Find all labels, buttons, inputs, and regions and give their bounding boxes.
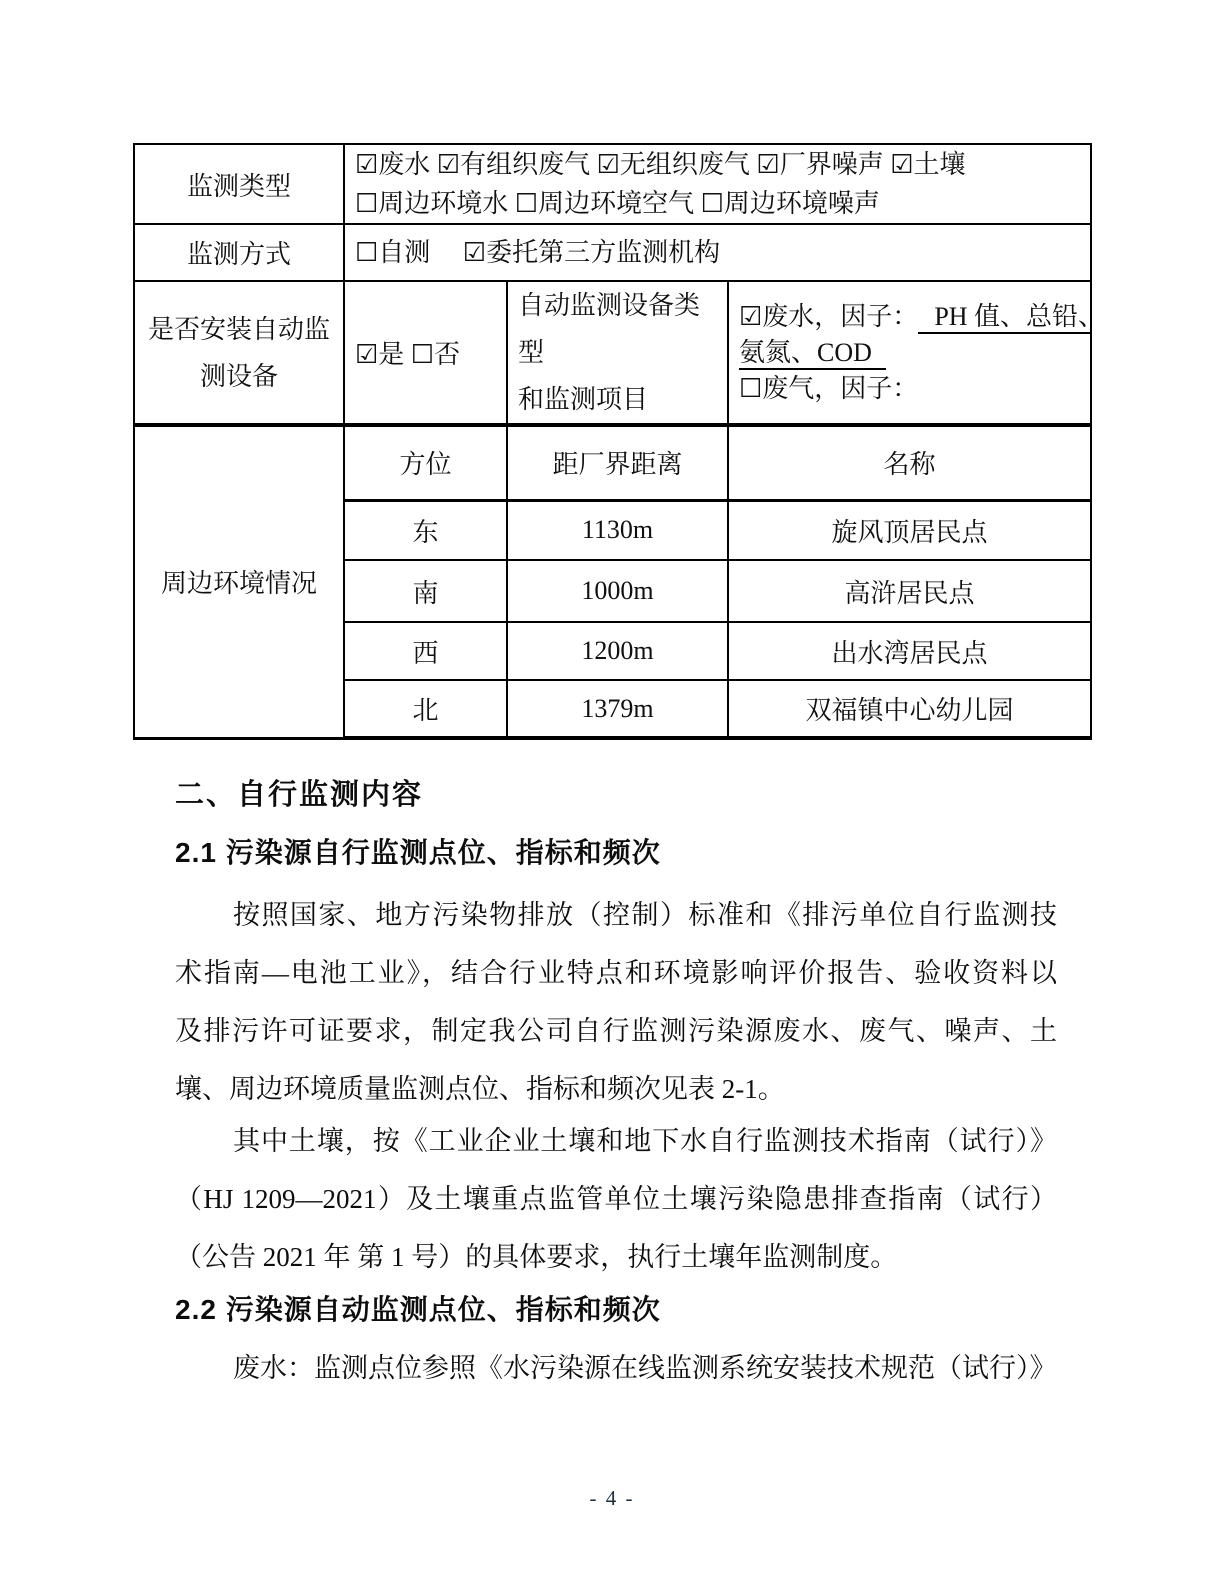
paragraph-3: 废水：监测点位参照《水污染源在线监测系统安装技术规范（试行）》 [175, 1339, 1057, 1397]
gas-factor-line: ☐废气，因子： [739, 371, 1080, 407]
monitor-mode-line: ☐自测 ☑委托第三方监测机构 [355, 238, 1080, 268]
auto-monitor-factors: ☑废水，因子：PH 值、总铅、 氨氮、COD ☐废气，因子： [728, 281, 1091, 425]
water-factor-underlined-1: PH 值、总铅、 [918, 302, 1091, 334]
monitoring-info-table: 监测类型 ☑废水 ☑有组织废气 ☑无组织废气 ☑厂界噪声 ☑土壤 ☐周边环境水 … [133, 143, 1092, 740]
env-header-name: 名称 [728, 425, 1091, 500]
env-header-distance: 距厂界距离 [507, 425, 728, 500]
row-auto-monitor: 是否安装自动监 测设备 ☑是 ☐否 自动监测设备类型 和监测项目 ☑废水，因子：… [134, 281, 1091, 425]
paragraph-line: 及排污许可证要求，制定我公司自行监测污染源废水、废气、噪声、土 [175, 1002, 1057, 1060]
paragraph-1: 按照国家、地方污染物排放（控制）标准和《排污单位自行监测技 术指南—电池工业》，… [175, 886, 1057, 1118]
monitor-mode-label: 监测方式 [134, 224, 344, 281]
row-monitor-mode: 监测方式 ☐自测 ☑委托第三方监测机构 [134, 224, 1091, 281]
water-factor-prefix: ☑废水，因子： [739, 302, 918, 331]
auto-monitor-yesno: ☑是 ☐否 [344, 281, 507, 425]
section-heading-2-1: 2.1 污染源自行监测点位、指标和频次 [175, 824, 661, 882]
paragraph-line: 术指南—电池工业》，结合行业特点和环境影响评价报告、验收资料以 [175, 944, 1057, 1002]
document-page: 监测类型 ☑废水 ☑有组织废气 ☑无组织废气 ☑厂界噪声 ☑土壤 ☐周边环境水 … [0, 0, 1224, 1584]
paragraph-2: 其中土壤，按《工业企业土壤和地下水自行监测技术指南（试行）》 （HJ 1209—… [175, 1112, 1057, 1286]
monitor-type-label: 监测类型 [134, 144, 344, 224]
env-header-direction: 方位 [344, 425, 507, 500]
paragraph-line: 壤、周边环境质量监测点位、指标和频次见表 2-1。 [175, 1060, 1057, 1118]
monitor-type-values: ☑废水 ☑有组织废气 ☑无组织废气 ☑厂界噪声 ☑土壤 ☐周边环境水 ☐周边环境… [344, 144, 1091, 224]
monitor-mode-values: ☐自测 ☑委托第三方监测机构 [344, 224, 1091, 281]
paragraph-line: （HJ 1209—2021）及土壤重点监管单位土壤污染隐患排查指南（试行） [175, 1170, 1057, 1228]
water-factor-underlined-2: 氨氮、COD [739, 338, 886, 370]
section-heading-2-2: 2.2 污染源自动监测点位、指标和频次 [175, 1281, 661, 1339]
paragraph-line: 按照国家、地方污染物排放（控制）标准和《排污单位自行监测技 [175, 886, 1057, 944]
paragraph-line: 废水：监测点位参照《水污染源在线监测系统安装技术规范（试行）》 [175, 1339, 1057, 1397]
paragraph-line: （公告 2021 年 第 1 号）的具体要求，执行土壤年监测制度。 [175, 1228, 1057, 1286]
auto-monitor-label: 是否安装自动监 测设备 [134, 281, 344, 425]
environment-label: 周边环境情况 [134, 425, 344, 738]
monitor-type-unchecked-line: ☐周边环境水 ☐周边环境空气 ☐周边环境噪声 [355, 184, 1080, 223]
auto-monitor-device-label: 自动监测设备类型 和监测项目 [507, 281, 728, 425]
page-number: - 4 - [0, 1486, 1224, 1511]
paragraph-line: 其中土壤，按《工业企业土壤和地下水自行监测技术指南（试行）》 [175, 1112, 1057, 1170]
section-heading-main: 二、自行监测内容 [175, 766, 423, 824]
monitor-type-checked-line: ☑废水 ☑有组织废气 ☑无组织废气 ☑厂界噪声 ☑土壤 [355, 145, 1080, 184]
row-monitor-type: 监测类型 ☑废水 ☑有组织废气 ☑无组织废气 ☑厂界噪声 ☑土壤 ☐周边环境水 … [134, 144, 1091, 224]
row-env-header: 周边环境情况 方位 距厂界距离 名称 [134, 425, 1091, 500]
